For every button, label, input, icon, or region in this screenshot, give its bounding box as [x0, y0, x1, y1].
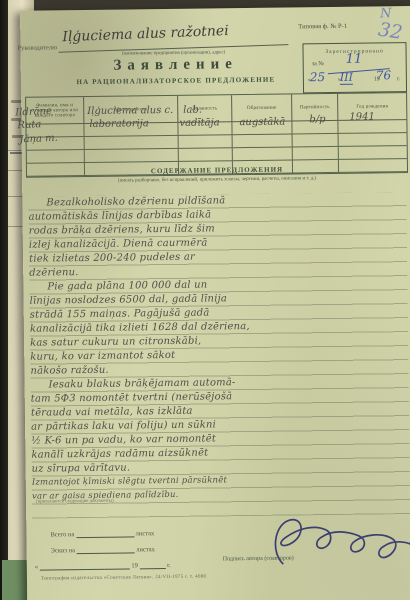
enterprise-name-handwritten: Iļģuciema alus ražotnei: [62, 20, 292, 45]
footer-date-blank: [40, 561, 130, 570]
table-cell: [85, 149, 179, 163]
sketch-sheets-row: Эскиз на листах: [51, 545, 155, 554]
registration-year-value: 76: [376, 68, 391, 82]
author-surname: Iļdrāne: [15, 106, 52, 119]
total-sheets-blank: [76, 529, 134, 538]
table-cell: [293, 147, 339, 161]
footer-year-prefix: 19: [131, 562, 138, 569]
sketch-sheets-prefix: Эскиз на: [51, 547, 75, 554]
table-cell: [233, 147, 293, 161]
footer-quote-open: «: [35, 564, 38, 571]
form-subtitle: НА РАЦИОНАЛИЗАТОРСКОЕ ПРЕДЛОЖЕНИЕ: [51, 75, 301, 86]
registration-number-prefix: за №: [312, 61, 324, 67]
education-value: augstākā: [239, 117, 285, 129]
author-firstname: Ruta: [17, 119, 41, 131]
author-signature: [262, 506, 410, 580]
total-sheets-suffix: листах: [136, 530, 155, 537]
date-year-suffix: г.: [397, 76, 400, 82]
corner-page-number: 32: [377, 18, 404, 44]
table-cell: [179, 148, 233, 162]
date-blank-row: « 19 г.: [35, 561, 171, 571]
registration-number-value: 11: [346, 52, 363, 67]
application-form-page: Типовая ф. № Р-1 N 32 Руководителю Iļģuc…: [20, 6, 410, 600]
total-sheets-row: Всего на листах: [50, 529, 154, 538]
position-line1: lab.: [183, 105, 202, 116]
sketch-sheets-blank: [77, 545, 135, 554]
addressee-label: Руководителю: [17, 44, 57, 51]
table-cell: [233, 134, 293, 148]
birth-year-value: 1941: [349, 111, 375, 122]
registration-month-value: III: [340, 71, 353, 85]
table-cell: [339, 133, 407, 147]
party-membership-value: b/p: [309, 114, 325, 125]
form-title: Заявление: [51, 55, 301, 75]
print-house-imprint: Типография издательства «Советская Латви…: [41, 575, 206, 582]
form-type-reference: Типовая ф. № Р-1: [298, 23, 347, 31]
table-cell: [179, 135, 233, 149]
registration-day-value: 25: [310, 70, 325, 84]
handwritten-proposal-text: Bezalkoholisko dzērienu pildīšanā automā…: [28, 192, 410, 519]
workplace-line2: laboratorija: [89, 118, 149, 130]
table-cell: [339, 146, 407, 160]
table-cell: [27, 150, 85, 164]
table-cell: [293, 134, 339, 148]
table-cell: [85, 136, 179, 150]
attachments-caption: (прилагаются следующие документы): [36, 499, 114, 505]
total-sheets-prefix: Всего на: [50, 531, 74, 538]
registration-stamp-box: Зарегистрировано за № 11 « » 19 г. 25 II…: [302, 42, 407, 93]
footer-year-suffix: г.: [167, 562, 171, 569]
footer-year-blank: [139, 561, 165, 569]
workplace-line1: Iļģuciema alus c.: [87, 105, 173, 117]
position-line2: vadītāja: [179, 117, 219, 128]
author-patronymic: Jāņa m.: [19, 133, 58, 146]
sketch-sheets-suffix: листах: [136, 546, 155, 553]
